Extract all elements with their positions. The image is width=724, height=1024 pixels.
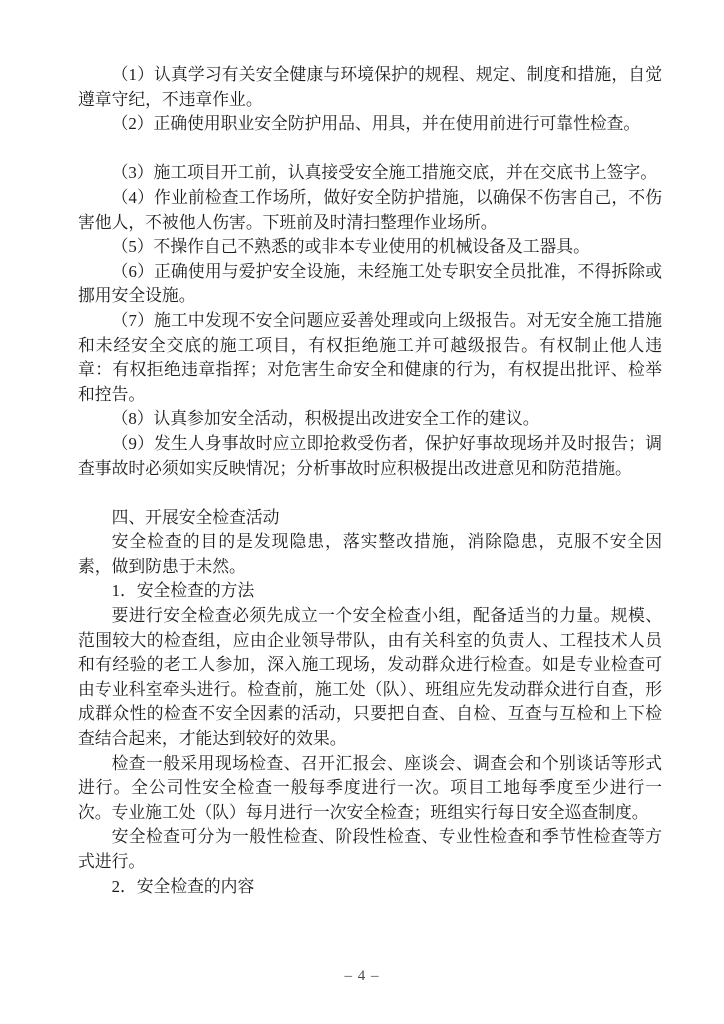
document-page: （1）认真学习有关安全健康与环境保护的规程、规定、制度和措施，自觉遵章守纪，不违… — [0, 0, 724, 1024]
body-paragraph: （4）作业前检查工作场所，做好安全防护措施，以确保不伤害自己，不伤害他人，不被他… — [78, 186, 662, 235]
blank-line — [78, 481, 662, 506]
page-number: – 4 – — [0, 968, 724, 985]
page-content: （1）认真学习有关安全健康与环境保护的规程、规定、制度和措施，自觉遵章守纪，不违… — [78, 63, 662, 899]
section-heading: 1．安全检查的方法 — [78, 579, 662, 604]
section-heading: 2．安全检查的内容 — [78, 875, 662, 900]
body-paragraph: （2）正确使用职业安全防护用品、用具，并在使用前进行可靠性检查。 — [78, 112, 662, 137]
body-paragraph: （7）施工中发现不安全问题应妥善处理或向上级报告。对无安全施工措施和未经安全交底… — [78, 309, 662, 407]
body-paragraph: （8）认真参加安全活动，积极提出改进安全工作的建议。 — [78, 407, 662, 432]
section-heading: 四、开展安全检查活动 — [78, 506, 662, 531]
body-paragraph: 检查一般采用现场检查、召开汇报会、座谈会、调查会和个别谈话等形式进行。全公司性安… — [78, 752, 662, 826]
body-paragraph: （5）不操作自己不熟悉的或非本专业使用的机械设备及工器具。 — [78, 235, 662, 260]
body-paragraph: 安全检查可分为一般性检查、阶段性检查、专业性检查和季节性检查等方式进行。 — [78, 825, 662, 874]
body-paragraph: （6）正确使用与爱护安全设施，未经施工处专职安全员批准，不得拆除或挪用安全设施。 — [78, 260, 662, 309]
body-paragraph: 安全检查的目的是发现隐患，落实整改措施，消除隐患，克服不安全因素，做到防患于未然… — [78, 530, 662, 579]
body-paragraph: （1）认真学习有关安全健康与环境保护的规程、规定、制度和措施，自觉遵章守纪，不违… — [78, 63, 662, 112]
body-paragraph: （9）发生人身事故时应立即抢救受伤者，保护好事故现场并及时报告；调查事故时必须如… — [78, 432, 662, 481]
body-paragraph: （3）施工项目开工前，认真接受安全施工措施交底，并在交底书上签字。 — [78, 161, 662, 186]
blank-line — [78, 137, 662, 162]
body-paragraph: 要进行安全检查必须先成立一个安全检查小组，配备适当的力量。规模、范围较大的检查组… — [78, 604, 662, 752]
